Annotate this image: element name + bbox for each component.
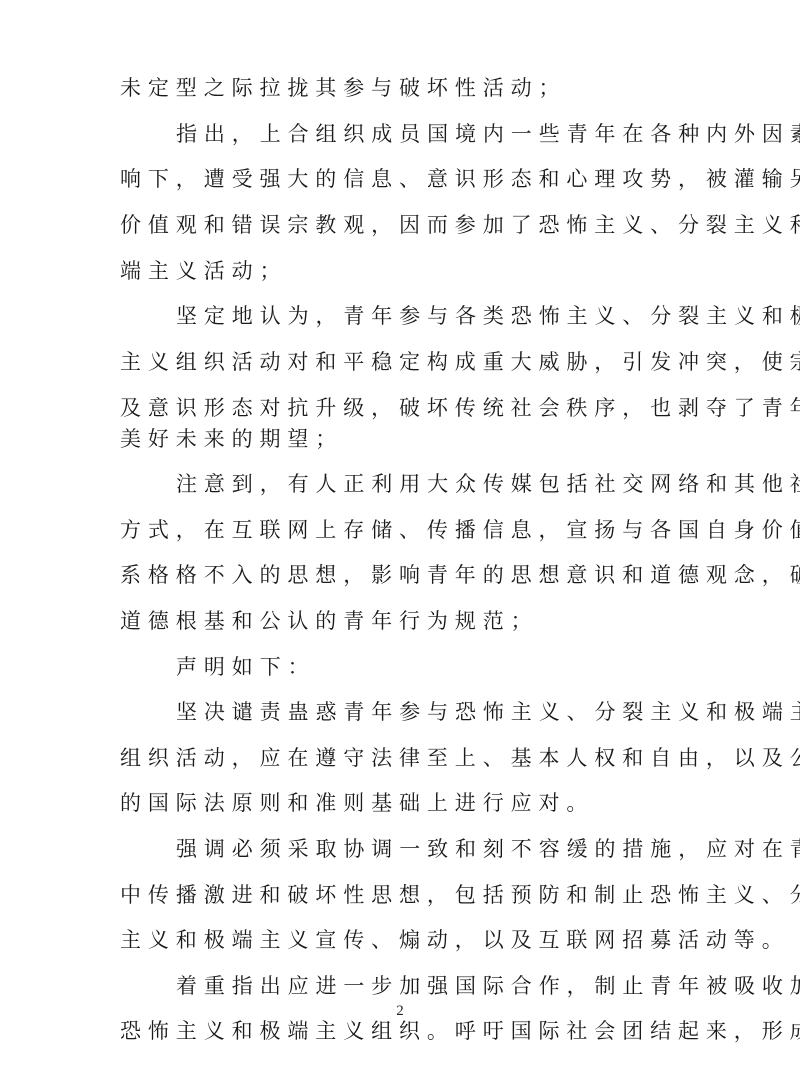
text-line: 方式，在互联网上存储、传播信息，宣扬与各国自身价值体 [120, 515, 800, 545]
text-line: 价值观和错误宗教观，因而参加了恐怖主义、分裂主义和极 [120, 210, 800, 240]
text-line: 主义组织活动对和平稳定构成重大威胁，引发冲突，使宗教 [120, 347, 800, 377]
text-line: 恐怖主义和极端主义组织。呼吁国际社会团结起来，形成广 [120, 1016, 800, 1046]
text-line: 坚决谴责蛊惑青年参与恐怖主义、分裂主义和极端主义 [176, 697, 800, 727]
text-line: 未定型之际拉拢其参与破坏性活动； [120, 73, 566, 103]
text-line: 注意到，有人正利用大众传媒包括社交网络和其他社交 [176, 469, 800, 499]
text-line: 中传播激进和破坏性思想，包括预防和制止恐怖主义、分裂 [120, 880, 800, 910]
text-line: 着重指出应进一步加强国际合作，制止青年被吸收加入 [176, 971, 800, 1001]
text-line: 系格格不入的思想，影响青年的思想意识和道德观念，破坏 [120, 560, 800, 590]
text-line: 组织活动，应在遵守法律至上、基本人权和自由，以及公认 [120, 743, 800, 773]
text-line: 声明如下： [176, 652, 316, 682]
text-line: 道德根基和公认的青年行为规范； [120, 606, 539, 636]
text-line: 强调必须采取协调一致和刻不容缓的措施，应对在青年 [176, 834, 800, 864]
text-line: 指出，上合组织成员国境内一些青年在各种内外因素影 [176, 119, 800, 149]
text-line: 美好未来的期望； [120, 424, 343, 454]
text-line: 及意识形态对抗升级，破坏传统社会秩序，也剥夺了青年对 [120, 393, 800, 423]
text-line: 的国际法原则和准则基础上进行应对。 [120, 788, 594, 818]
document-page: 未定型之际拉拢其参与破坏性活动； 指出，上合组织成员国境内一些青年在各种内外因素… [0, 0, 800, 1067]
text-line: 端主义活动； [120, 256, 287, 286]
text-line: 主义和极端主义宣传、煽动，以及互联网招募活动等。 [120, 925, 790, 955]
text-line: 坚定地认为，青年参与各类恐怖主义、分裂主义和极端 [176, 301, 800, 331]
page-number: 2 [0, 1003, 800, 1020]
text-line: 响下，遭受强大的信息、意识形态和心理攻势，被灌输另类 [120, 164, 800, 194]
